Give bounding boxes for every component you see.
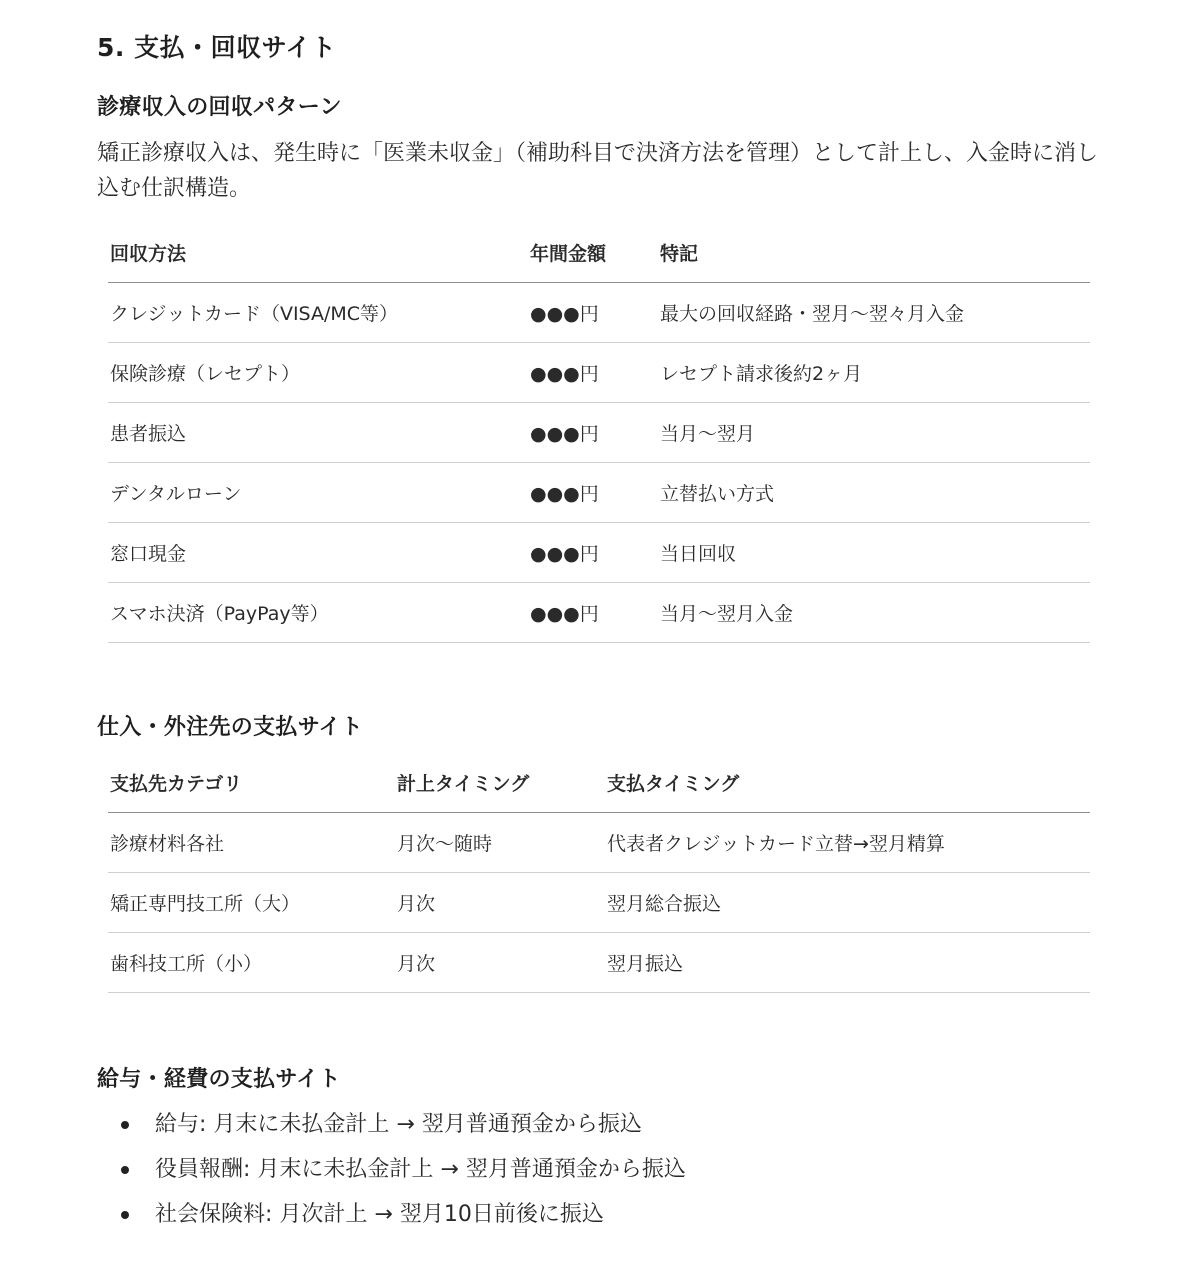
bullet-icon — [121, 1211, 129, 1219]
cell-booking-timing: 月次〜随時 — [395, 813, 605, 873]
table-row: スマホ決済（PayPay等） ●●●円 当月〜翌月入金 — [108, 583, 1090, 643]
list-item-text: 給与: 月末に未払金計上 → 翌月普通預金から振込 — [155, 1112, 642, 1137]
collection-description: 矯正診療収入は、発生時に「医業未収金」（補助科目で決済方法を管理）として計上し、… — [97, 136, 1107, 206]
cell-category: 診療材料各社 — [108, 813, 395, 873]
table-row: 歯科技工所（小） 月次 翌月振込 — [108, 933, 1090, 993]
collection-table: 回収方法 年間金額 特記 クレジットカード（VISA/MC等） ●●●円 最大の… — [108, 223, 1090, 643]
table-row: 患者振込 ●●●円 当月〜翌月 — [108, 403, 1090, 463]
list-item: 役員報酬: 月末に未払金計上 → 翌月普通預金から振込 — [97, 1150, 686, 1195]
cell-payment-timing: 代表者クレジットカード立替→翌月精算 — [605, 813, 1090, 873]
cell-method: スマホ決済（PayPay等） — [108, 583, 528, 643]
cell-method: 保険診療（レセプト） — [108, 343, 528, 403]
cell-amount: ●●●円 — [528, 403, 658, 463]
cell-payment-timing: 翌月振込 — [605, 933, 1090, 993]
table-row: クレジットカード（VISA/MC等） ●●●円 最大の回収経路・翌月〜翌々月入金 — [108, 283, 1090, 343]
column-header: 支払タイミング — [605, 753, 1090, 813]
suppliers-heading: 仕入・外注先の支払サイト — [97, 710, 363, 741]
cell-note: レセプト請求後約2ヶ月 — [658, 343, 1090, 403]
cell-note: 最大の回収経路・翌月〜翌々月入金 — [658, 283, 1090, 343]
cell-amount: ●●●円 — [528, 463, 658, 523]
cell-amount: ●●●円 — [528, 283, 658, 343]
cell-category: 矯正専門技工所（大） — [108, 873, 395, 933]
list-item: 給与: 月末に未払金計上 → 翌月普通預金から振込 — [97, 1105, 686, 1150]
column-header: 特記 — [658, 223, 1090, 283]
table-row: 診療材料各社 月次〜随時 代表者クレジットカード立替→翌月精算 — [108, 813, 1090, 873]
cell-payment-timing: 翌月総合振込 — [605, 873, 1090, 933]
table-row: デンタルローン ●●●円 立替払い方式 — [108, 463, 1090, 523]
column-header: 回収方法 — [108, 223, 528, 283]
payroll-heading: 給与・経費の支払サイト — [97, 1062, 341, 1093]
collection-heading: 診療収入の回収パターン — [97, 90, 342, 121]
cell-note: 当日回収 — [658, 523, 1090, 583]
column-header: 年間金額 — [528, 223, 658, 283]
column-header: 支払先カテゴリ — [108, 753, 395, 813]
cell-method: デンタルローン — [108, 463, 528, 523]
table-header-row: 回収方法 年間金額 特記 — [108, 223, 1090, 283]
bullet-icon — [121, 1166, 129, 1174]
cell-booking-timing: 月次 — [395, 873, 605, 933]
suppliers-table: 支払先カテゴリ 計上タイミング 支払タイミング 診療材料各社 月次〜随時 代表者… — [108, 753, 1090, 993]
list-item: 社会保険料: 月次計上 → 翌月10日前後に振込 — [97, 1195, 686, 1240]
table-row: 矯正専門技工所（大） 月次 翌月総合振込 — [108, 873, 1090, 933]
payroll-list: 給与: 月末に未払金計上 → 翌月普通預金から振込 役員報酬: 月末に未払金計上… — [97, 1105, 686, 1240]
cell-category: 歯科技工所（小） — [108, 933, 395, 993]
list-item-text: 役員報酬: 月末に未払金計上 → 翌月普通預金から振込 — [155, 1157, 686, 1182]
table-header-row: 支払先カテゴリ 計上タイミング 支払タイミング — [108, 753, 1090, 813]
cell-method: クレジットカード（VISA/MC等） — [108, 283, 528, 343]
cell-method: 患者振込 — [108, 403, 528, 463]
table-row: 保険診療（レセプト） ●●●円 レセプト請求後約2ヶ月 — [108, 343, 1090, 403]
list-item-text: 社会保険料: 月次計上 → 翌月10日前後に振込 — [155, 1202, 604, 1227]
cell-booking-timing: 月次 — [395, 933, 605, 993]
cell-amount: ●●●円 — [528, 583, 658, 643]
cell-note: 当月〜翌月入金 — [658, 583, 1090, 643]
cell-amount: ●●●円 — [528, 343, 658, 403]
cell-amount: ●●●円 — [528, 523, 658, 583]
cell-method: 窓口現金 — [108, 523, 528, 583]
table-row: 窓口現金 ●●●円 当日回収 — [108, 523, 1090, 583]
bullet-icon — [121, 1121, 129, 1129]
section-title: 5. 支払・回収サイト — [97, 28, 336, 64]
cell-note: 立替払い方式 — [658, 463, 1090, 523]
cell-note: 当月〜翌月 — [658, 403, 1090, 463]
column-header: 計上タイミング — [395, 753, 605, 813]
